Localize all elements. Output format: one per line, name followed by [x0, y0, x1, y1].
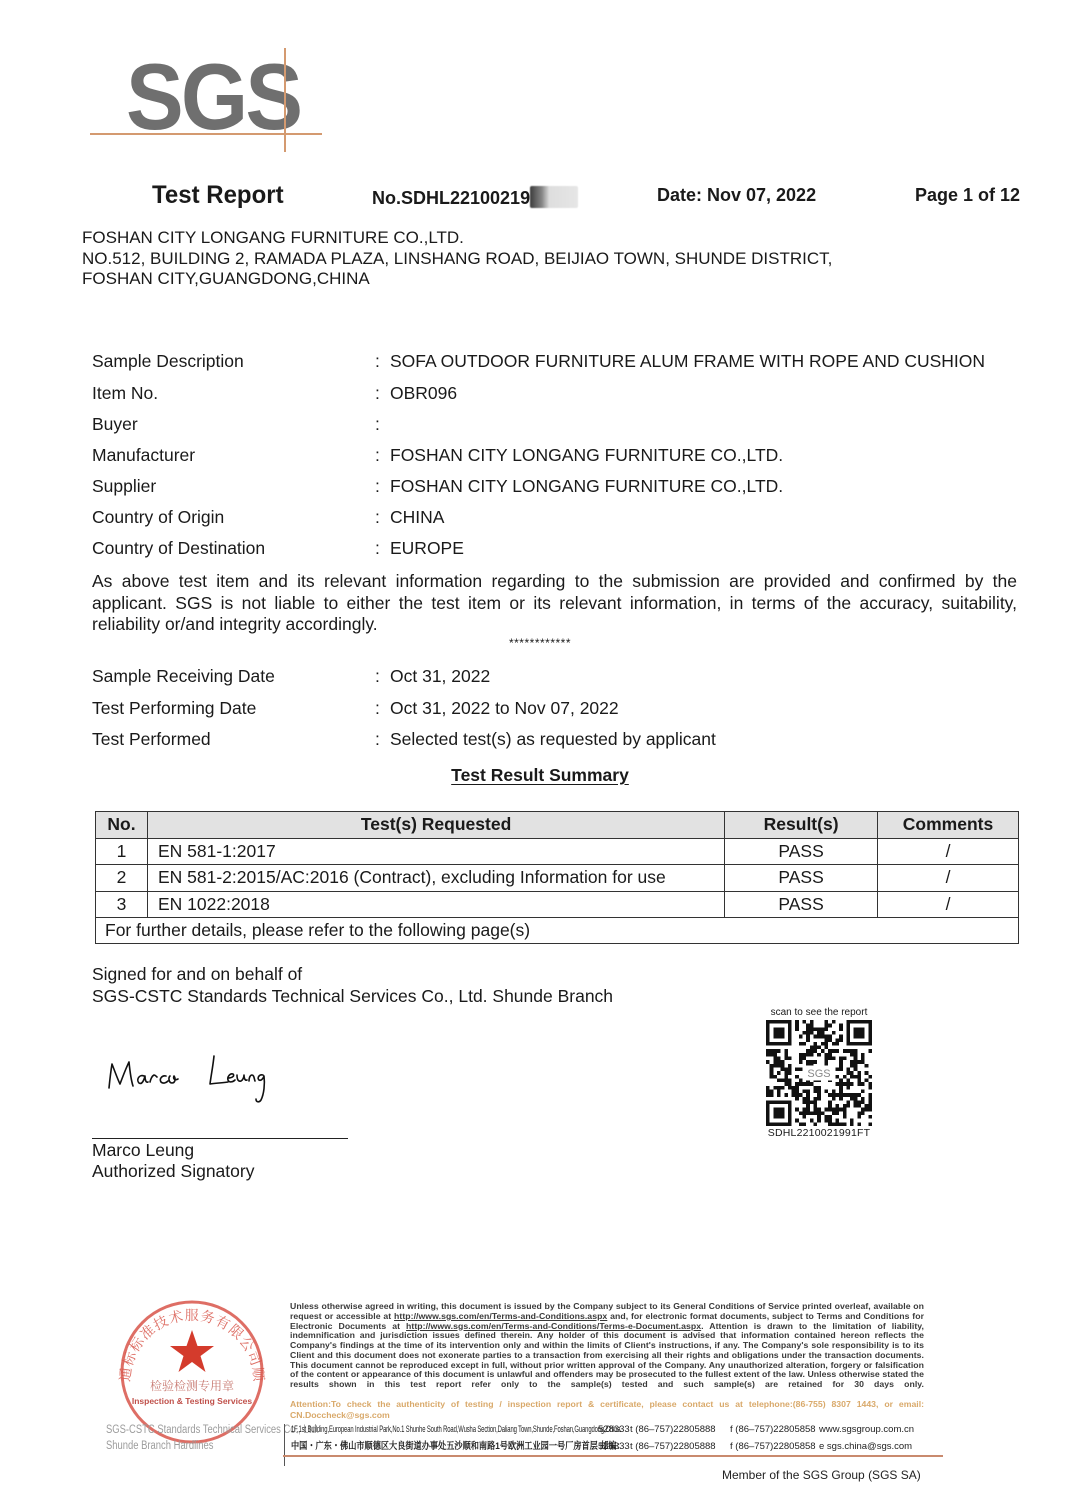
info-label: Country of Origin [92, 506, 372, 528]
info-colon: : [375, 506, 380, 528]
test-result-table: No. Test(s) Requested Result(s) Comments… [95, 811, 1019, 944]
logo-horizontal-rule [90, 133, 322, 135]
info-value: Oct 31, 2022 [390, 665, 490, 687]
report-number-tail: 9 [520, 188, 530, 208]
cell-result: PASS [725, 865, 878, 892]
applicant-name: FOSHAN CITY LONGANG FURNITURE CO.,LTD. [82, 228, 832, 249]
applicant-block: FOSHAN CITY LONGANG FURNITURE CO.,LTD. N… [82, 228, 832, 290]
footer-address-en: 1F,1st Building,European Industrial Park… [291, 1424, 781, 1436]
cell-no: 1 [96, 838, 148, 865]
table-footnote: For further details, please refer to the… [96, 918, 1019, 944]
info-value: SOFA OUTDOOR FURNITURE ALUM FRAME WITH R… [390, 350, 985, 372]
sgs-logo: SGS [88, 48, 323, 156]
table-row: 2 EN 581-2:2015/AC:2016 (Contract), excl… [96, 865, 1019, 892]
website-link[interactable]: www.sgsgroup.com.cn [819, 1424, 914, 1436]
table-header-row: No. Test(s) Requested Result(s) Comments [96, 812, 1019, 839]
e-document-terms-link[interactable]: http://www.sgs.com/en/Terms-and-Conditio… [406, 1321, 701, 1331]
qr-caption: scan to see the report [755, 1007, 883, 1018]
document-title: Test Report [152, 183, 284, 208]
qr-code-icon[interactable]: SGS [765, 1020, 873, 1126]
cell-test: EN 1022:2018 [147, 891, 724, 918]
signed-company: SGS-CSTC Standards Technical Services Co… [92, 986, 613, 1008]
report-date: Date: Nov 07, 2022 [657, 186, 816, 204]
info-colon: : [375, 697, 380, 719]
cell-comment: / [878, 838, 1019, 865]
legal-terms: Unless otherwise agreed in writing, this… [290, 1302, 924, 1390]
signatory-role: Authorized Signatory [92, 1161, 254, 1182]
svg-text:Inspection & Testing Services: Inspection & Testing Services [132, 1396, 253, 1406]
report-number: No.SDHL22100219 [372, 186, 578, 208]
handwritten-signature [104, 1048, 274, 1108]
address-en: 1F,1st Building,European Industrial Park… [291, 1424, 595, 1436]
info-colon: : [375, 475, 380, 497]
info-label: Test Performed [92, 728, 372, 750]
redaction-blur [530, 186, 578, 208]
page-number: Page 1 of 12 [915, 186, 1020, 204]
info-label: Sample Receiving Date [92, 665, 372, 687]
applicant-disclaimer: As above test item and its relevant info… [92, 571, 1017, 636]
info-label: Buyer [92, 413, 372, 435]
legal-text: . Attention is drawn to the limitation o… [290, 1321, 924, 1390]
report-number-text: No.SDHL2210021 [372, 188, 520, 208]
cell-result: PASS [725, 891, 878, 918]
authenticity-notice: Attention:To check the authenticity of t… [290, 1399, 924, 1420]
sgs-group-member: Member of the SGS Group (SGS SA) [722, 1468, 921, 1482]
info-label: Test Performing Date [92, 697, 372, 719]
applicant-address-line1: NO.512, BUILDING 2, RAMADA PLAZA, LINSHA… [82, 249, 832, 270]
info-label: Supplier [92, 475, 372, 497]
telephone-en: t (86–757)22805888 [630, 1424, 716, 1436]
signed-line1: Signed for and on behalf of [92, 964, 613, 986]
info-colon: : [375, 444, 380, 466]
info-label: Sample Description [92, 350, 372, 372]
cell-comment: / [878, 891, 1019, 918]
info-value: FOSHAN CITY LONGANG FURNITURE CO.,LTD. [390, 444, 783, 466]
telephone-zh: t (86–757)22805888 [630, 1441, 716, 1453]
table-footnote-row: For further details, please refer to the… [96, 918, 1019, 944]
column-header-test: Test(s) Requested [147, 812, 724, 839]
footer-vertical-rule [284, 1424, 285, 1466]
table-row: 3 EN 1022:2018 PASS / [96, 891, 1019, 918]
info-label: Item No. [92, 382, 372, 404]
cell-comment: / [878, 865, 1019, 892]
terms-link[interactable]: http://www.sgs.com/en/Terms-and-Conditio… [394, 1311, 607, 1321]
info-colon: : [375, 350, 380, 372]
qr-center-sgs-label: SGS [807, 1068, 830, 1080]
info-value: FOSHAN CITY LONGANG FURNITURE CO.,LTD. [390, 475, 783, 497]
cell-no: 2 [96, 865, 148, 892]
signed-on-behalf: Signed for and on behalf of SGS-CSTC Sta… [92, 964, 613, 1007]
cell-test: EN 581-1:2017 [147, 838, 724, 865]
sgs-logo-text: SGS [126, 50, 300, 144]
logo-vertical-rule [284, 48, 286, 152]
svg-text:检验检测专用章: 检验检测专用章 [150, 1378, 234, 1393]
signatory-name: Marco Leung [92, 1140, 254, 1161]
column-header-result: Result(s) [725, 812, 878, 839]
column-header-comments: Comments [878, 812, 1019, 839]
footer-horizontal-rule [283, 1455, 943, 1457]
info-colon: : [375, 413, 380, 435]
stamp-company-text: SGS-CSTC Standards Technical Services Co… [106, 1422, 319, 1454]
summary-title: Test Result Summary [0, 765, 1080, 786]
info-value: Selected test(s) as requested by applica… [390, 728, 716, 750]
red-star-icon [170, 1330, 214, 1372]
zip-zh: 528333 [598, 1441, 630, 1453]
table-row: 1 EN 581-1:2017 PASS / [96, 838, 1019, 865]
cell-result: PASS [725, 838, 878, 865]
email-link[interactable]: e sgs.china@sgs.com [819, 1441, 912, 1453]
cell-no: 3 [96, 891, 148, 918]
info-colon: : [375, 537, 380, 559]
column-header-no: No. [96, 812, 148, 839]
fax-en: f (86–757)22805858 [730, 1424, 816, 1436]
section-separator: ************ [0, 636, 1080, 650]
info-value: CHINA [390, 506, 444, 528]
fax-zh: f (86–757)22805858 [730, 1441, 816, 1453]
info-colon: : [375, 382, 380, 404]
address-zh: 中国・广东・佛山市顺德区大良街道办事处五沙顺和南路1号欧洲工业园一号厂房首层 邮… [291, 1441, 596, 1453]
stamp-company-line1: SGS-CSTC Standards Technical Services Co… [106, 1422, 319, 1438]
info-label: Manufacturer [92, 444, 372, 466]
info-label: Country of Destination [92, 537, 372, 559]
signature-line [92, 1138, 348, 1139]
info-colon: : [375, 665, 380, 687]
stamp-company-line2: Shunde Branch Hardlines [106, 1438, 319, 1454]
info-colon: : [375, 728, 380, 750]
info-value: Oct 31, 2022 to Nov 07, 2022 [390, 697, 619, 719]
signatory-block: Marco Leung Authorized Signatory [92, 1140, 254, 1182]
footer-address-zh: 中国・广东・佛山市顺德区大良街道办事处五沙顺和南路1号欧洲工业园一号厂房首层 邮… [291, 1441, 646, 1453]
cell-test: EN 581-2:2015/AC:2016 (Contract), exclud… [147, 865, 724, 892]
info-value: OBR096 [390, 382, 457, 404]
qr-report-code: SDHL2210021991FT [755, 1127, 883, 1139]
zip-en: 528333 [598, 1424, 630, 1436]
info-value: EUROPE [390, 537, 464, 559]
applicant-address-line2: FOSHAN CITY,GUANGDONG,CHINA [82, 269, 832, 290]
